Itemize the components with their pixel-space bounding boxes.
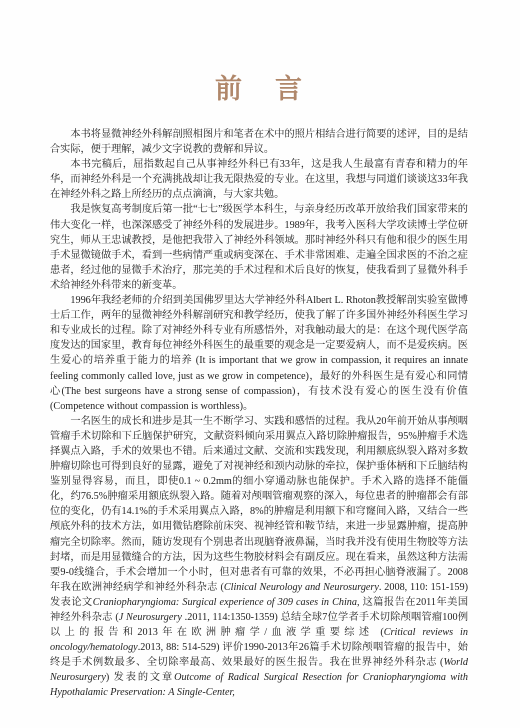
- text-run: 本书将显微神经外科解剖照相图片和笔者在术中的照片相结合进行简要的述评，目的是结合…: [50, 129, 468, 155]
- preface-body: 本书将显微神经外科解剖照相图片和笔者在术中的照片相结合进行简要的述评，目的是结合…: [50, 127, 468, 701]
- page-title: 前 言: [0, 0, 520, 104]
- text-run: 本书完稿后，屈指数起自己从事神经外科已有33年，这是我人生最富有青春和精力的年华…: [50, 159, 468, 200]
- text-run: 我是恢复高考制度后第一批“七七”级医学本科生，与亲身经历改革开放给我们国家带来的…: [50, 204, 468, 290]
- preface-page: 前 言 本书将显微神经外科解剖照相图片和笔者在术中的照片相结合进行简要的述评，目…: [0, 0, 520, 728]
- publication-title-italic: Craniopharyngioma: Surgical experience o…: [93, 597, 357, 608]
- paragraph-3: 我是恢复高考制度后第一批“七七”级医学本科生，与亲身经历改革开放给我们国家带来的…: [50, 202, 468, 293]
- paragraph-1: 本书将显微神经外科解剖照相图片和笔者在术中的照片相结合进行简要的述评，目的是结合…: [50, 127, 468, 157]
- publication-title-italic: Clinical Neurology and Neurosurgery: [224, 582, 379, 593]
- text-run: 1996年我经老师的介绍到美国佛罗里达大学神经外科Albert L. Rhoto…: [50, 295, 468, 412]
- paragraph-4: 1996年我经老师的介绍到美国佛罗里达大学神经外科Albert L. Rhoto…: [50, 293, 468, 414]
- publication-title-italic: J Neurosurgery: [119, 612, 182, 623]
- text-run: ) 发表的文章: [106, 672, 174, 683]
- paragraph-2: 本书完稿后，屈指数起自己从事神经外科已有33年，这是我人生最富有青春和精力的年华…: [50, 157, 468, 202]
- text-run: 一名医生的成长和进步是其一生不断学习、实践和感悟的过程。我从20年前开始从事颅咽…: [50, 416, 468, 593]
- paragraph-5: 一名医生的成长和进步是其一生不断学习、实践和感悟的过程。我从20年前开始从事颅咽…: [50, 414, 468, 701]
